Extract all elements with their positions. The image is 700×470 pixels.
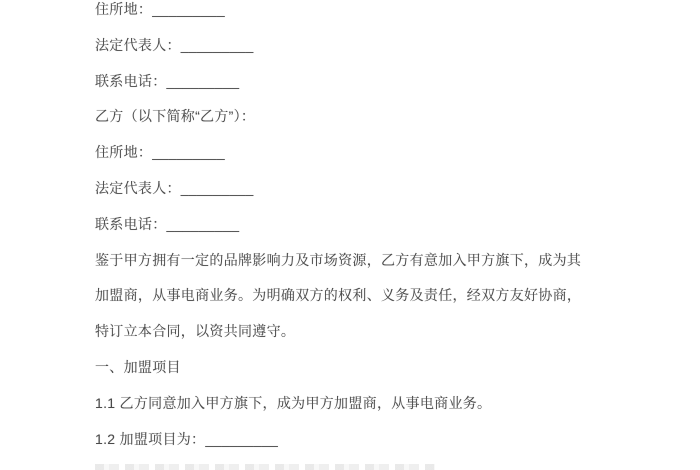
- partially-visible-next-line: [95, 464, 435, 470]
- recital-paragraph-line-1: 鉴于甲方拥有一定的品牌影响力及市场资源，乙方有意加入甲方旗下，成为其: [95, 243, 605, 279]
- contract-document-page: { "page": { "background": "#ffffff", "te…: [0, 0, 700, 470]
- party-b-heading: 乙方（以下简称“乙方”）：: [95, 99, 605, 135]
- clause-1-2-field: 1.2 加盟项目为：_________: [95, 422, 605, 458]
- party-a-phone-field: 联系电话：_________: [95, 64, 605, 100]
- party-b-legal-representative-field: 法定代表人：_________: [95, 171, 605, 207]
- party-a-address-field: 住所地：_________: [95, 0, 605, 28]
- section-1-heading: 一、加盟项目: [95, 350, 605, 386]
- party-b-phone-field: 联系电话：_________: [95, 207, 605, 243]
- recital-paragraph-line-3: 特订立本合同，以资共同遵守。: [95, 314, 605, 350]
- clause-1-1: 1.1 乙方同意加入甲方旗下，成为甲方加盟商，从事电商业务。: [95, 386, 605, 422]
- document-body: 住所地：_________ 法定代表人：_________ 联系电话：_____…: [95, 0, 605, 457]
- party-a-legal-representative-field: 法定代表人：_________: [95, 28, 605, 64]
- recital-paragraph-line-2: 加盟商，从事电商业务。为明确双方的权利、义务及责任，经双方友好协商，: [95, 278, 605, 314]
- party-b-address-field: 住所地：_________: [95, 135, 605, 171]
